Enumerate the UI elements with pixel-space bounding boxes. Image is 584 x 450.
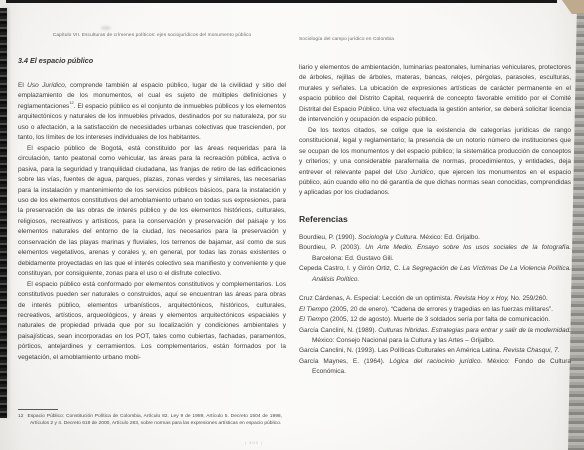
running-header-left: Capítulo VII. Esculturas de crímenes pol…: [18, 33, 286, 39]
scan-smudge: [101, 26, 111, 30]
running-header-right: Sociología del campo jurídico en Colombi…: [299, 37, 571, 43]
paragraph: liario y elementos de ambientación, lumi…: [299, 63, 571, 126]
paragraph: De los textos citados, se colige que la …: [299, 126, 571, 199]
table-surface-corner: [557, 0, 584, 14]
open-book-spread: Capítulo VII. Esculturas de crímenes pol…: [0, 0, 584, 450]
paragraph: El espacio público de Bogotá, está const…: [18, 144, 286, 280]
reference-entry: Bourdieu, P. (2003). Un Arte Medio. Ensa…: [299, 243, 571, 264]
reference-entry: Cruz Cárdenas, A. Especial: Lección de u…: [299, 294, 571, 304]
reference-entry: El Tiempo (2005, 20 de enero). “Cadena d…: [299, 305, 571, 315]
footnote-rule: [18, 409, 58, 410]
reference-entry: Cepeda Castro, I. y Girón Ortiz, C. La S…: [299, 264, 571, 285]
reference-entry: El Tiempo (2005, 12 de agosto). Muerte d…: [299, 315, 571, 325]
paragraph: El espacio público está conformado por e…: [18, 280, 286, 364]
references-heading: Referencias: [299, 214, 571, 224]
paragraph: El Uso Jurídico, comprende también al es…: [18, 81, 286, 144]
book-top-edge: [6, 0, 557, 3]
left-page-body: El Uso Jurídico, comprende también al es…: [18, 81, 286, 363]
book-scan-photo: { "left_page": { "header": "Capítulo VII…: [0, 0, 584, 450]
reference-entry: García Maynes, E. (1964). Lógica del rac…: [299, 357, 571, 378]
section-title: 3.4 El espacio público: [18, 56, 93, 65]
right-page-body: liario y elementos de ambientación, lumi…: [299, 63, 571, 378]
footnote: 12Espacio Público: Constitución Política…: [18, 413, 282, 428]
footnote-text: Espacio Público: Constitución Política d…: [27, 414, 282, 426]
reference-entry: García Canclini, N. (1993). Las Política…: [299, 346, 571, 356]
reference-entry: García Canclini, N. (1989). Culturas híb…: [299, 326, 571, 347]
book-edge-left: [0, 8, 7, 418]
reference-entry: Bourdieu, P. (1990). Sociología y Cultur…: [299, 233, 571, 243]
page-number-marker: | 303 |: [245, 440, 263, 445]
reference-group-gap: [299, 285, 571, 294]
